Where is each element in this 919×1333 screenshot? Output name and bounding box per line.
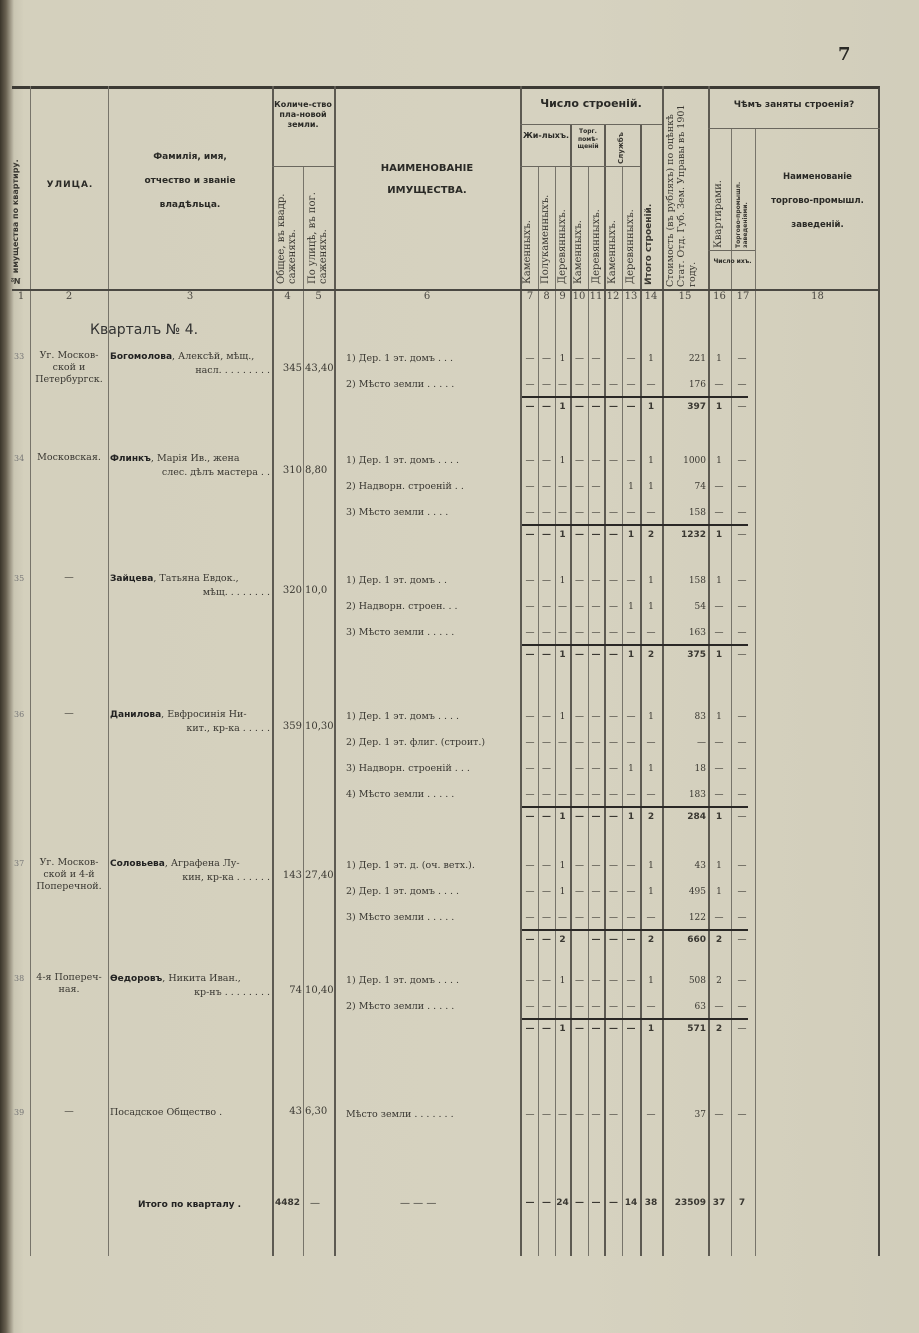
building-count-cell: — [571,1110,588,1120]
building-count-cell: — [555,628,570,638]
header-col13: Деревянныхъ. [625,174,636,284]
street-name: ской и 4-й [32,869,106,881]
owner-name: Өедоровъ, Никита Иван.,кр-нъ . . . . . .… [110,972,270,999]
quarter-total-cell: — [588,1198,604,1208]
building-count-cell: — [522,913,538,923]
trade-cell: — [731,576,753,586]
building-count-cell: — [571,887,588,897]
owner-surname: Богомолова [110,352,172,362]
building-count-cell: — [588,790,604,800]
building-count-cell: — [538,576,555,586]
building-count-cell: — [588,650,604,660]
total-area: 143 [272,870,302,881]
building-count-cell: 1 [622,812,640,822]
header-col14: Итого строеній. [644,145,655,285]
building-count-cell: — [588,861,604,871]
valuation-cell: 221 [662,354,706,364]
dwellings-cell: 1 [708,812,730,822]
valuation-cell: 1232 [662,530,706,540]
dwellings-cell: — [708,764,730,774]
building-count-cell: — [605,530,622,540]
building-count-cell: — [571,482,588,492]
building-count-cell: — [571,712,588,722]
building-count-cell: — [605,628,622,638]
building-count-cell: — [571,913,588,923]
col-divider [272,86,274,1256]
street-name: — [32,1106,106,1118]
quarter-total-value: 23509 [662,1198,706,1208]
owner-details: , Никита Иван., [162,973,241,984]
valuation-cell: 83 [662,712,706,722]
building-count-cell: — [522,456,538,466]
valuation-cell: 375 [662,650,706,660]
property-item: Мѣсто земли . . . . . . . [346,1108,454,1122]
quarter-total-property: — — — [400,1197,436,1211]
valuation-cell: 54 [662,602,706,612]
header-col15: Стоимость (въ рубляхъ) по оцѣнкѣ Стат. О… [665,92,707,287]
owner-line: слес. дѣлъ мастера . . [110,466,270,479]
building-count-cell: — [588,935,604,945]
building-count-cell: — [605,712,622,722]
building-count-cell: — [588,976,604,986]
building-count-cell: — [641,508,661,518]
trade-cell: — [731,976,753,986]
owner-name: Флинкъ, Марія Ив., женаслес. дѣлъ мастер… [110,452,270,479]
building-count-cell: — [571,764,588,774]
building-count-cell: — [622,576,640,586]
frontage: 43,40 [305,363,333,374]
building-count-cell: — [555,482,570,492]
property-item: 2) Мѣсто земли . . . . . [346,1000,454,1014]
trade-cell: — [731,602,753,612]
building-count-cell: 1 [555,976,570,986]
building-count-cell: — [605,812,622,822]
header-col10: Каменныхъ. [573,174,584,284]
building-count-cell: — [622,1002,640,1012]
building-count-cell: — [538,508,555,518]
property-item: 3) Мѣсто земли . . . . . [346,911,454,925]
building-count-cell: — [605,508,622,518]
quarter-total-cell: — [571,1198,588,1208]
trade-cell: — [731,402,753,412]
building-count-cell: — [522,650,538,660]
property-item: 3) Мѣсто земли . . . . . [346,626,454,640]
building-count-cell: — [571,576,588,586]
frontage: 10,40 [305,985,333,996]
valuation-cell: 571 [662,1024,706,1034]
property-item: 1) Дер. 1 эт. д. (оч. ветх.). [346,859,475,873]
building-count-cell: — [588,887,604,897]
header-divider [708,128,880,129]
building-count-cell: — [622,790,640,800]
quarter-total-trade: 7 [731,1198,753,1208]
dwellings-cell: — [708,1002,730,1012]
building-count-cell: 1 [641,602,661,612]
building-count-cell: 1 [622,764,640,774]
building-count-cell: — [588,508,604,518]
valuation-cell: 43 [662,861,706,871]
valuation-cell: 284 [662,812,706,822]
building-count-cell: — [522,402,538,412]
building-count-cell: — [538,887,555,897]
property-item: 1) Дер. 1 эт. домъ . . . . [346,454,459,468]
owner-line: мѣщ. . . . . . . . [110,586,270,599]
building-count-cell: — [588,712,604,722]
building-count-cell: — [588,1110,604,1120]
building-count-cell: 1 [555,861,570,871]
building-count-cell: — [588,380,604,390]
building-count-cell: 1 [641,482,661,492]
header-col18: Наименованіе торгово-промышл. заведеній. [757,165,878,237]
property-item: 2) Надворн. строен. . . [346,600,458,614]
subtotal-rule [522,396,748,398]
building-count-cell: — [605,1024,622,1034]
property-item: 1) Дер. 1 эт. домъ . . . . [346,974,459,988]
trade-cell: — [731,712,753,722]
valuation-cell: 1000 [662,456,706,466]
building-count-cell: — [571,812,588,822]
building-count-cell: — [555,1002,570,1012]
dwellings-cell: 1 [708,354,730,364]
quarter-total-cell: 24 [555,1198,570,1208]
property-item: 4) Мѣсто земли . . . . . [346,788,454,802]
dwellings-cell: — [708,913,730,923]
trade-cell: — [731,482,753,492]
street-name: ской и [32,362,106,374]
header-service-group: Службъ [616,128,627,164]
building-count-cell: — [571,456,588,466]
entry-number: 36 [14,708,24,722]
building-count-cell: — [641,738,661,748]
valuation-cell: 122 [662,913,706,923]
frontage: 27,40 [305,870,333,881]
owner-name: Данилова, Евфросинія Ни-кит., кр-ка . . … [110,708,270,735]
building-count-cell: — [555,508,570,518]
frontage: 10,30 [305,721,333,732]
header-land-group: Количе-ство пла-новой земли. [274,100,332,130]
building-count-cell: — [538,628,555,638]
building-count-cell: — [588,602,604,612]
building-count-cell: — [641,913,661,923]
property-item: 3) Надворн. строеній . . . [346,762,470,776]
street-name: Уг. Москов- [32,857,106,869]
header-count: Число ихъ. [710,258,755,266]
building-count-cell: — [538,354,555,364]
valuation-cell: 63 [662,1002,706,1012]
trade-cell: — [731,1024,753,1034]
owner-surname: Флинкъ [110,454,151,464]
valuation-cell: 163 [662,628,706,638]
owner-name: Зайцева, Татьяна Евдок.,мѣщ. . . . . . .… [110,572,270,599]
building-count-cell: — [622,976,640,986]
valuation-cell: 37 [662,1110,706,1120]
trade-cell: — [731,887,753,897]
street-name: 4-я Попереч- [32,972,106,984]
dwellings-cell: 2 [708,935,730,945]
building-count-cell: — [588,456,604,466]
owner-details: , Татьяна Евдок., [153,573,238,584]
subtotal-rule [522,806,748,808]
building-count-cell: — [622,456,640,466]
trade-cell: — [731,650,753,660]
building-count-cell: — [605,913,622,923]
building-count-cell: — [522,976,538,986]
dwellings-cell: 1 [708,712,730,722]
owner-line: кр-нъ . . . . . . . . [110,986,270,999]
owner-line: Зайцева, Татьяна Евдок., [110,572,270,586]
owner-line: насл. . . . . . . . . [110,364,270,377]
trade-cell: — [731,913,753,923]
building-count-cell: — [588,354,604,364]
building-count-cell: — [605,402,622,412]
building-count-cell: — [571,976,588,986]
building-count-cell: 1 [555,812,570,822]
total-area: 43 [272,1106,302,1117]
trade-cell: — [731,1110,753,1120]
quarter-total-cell: 14 [622,1198,640,1208]
property-item: 1) Дер. 1 эт. домъ . . . [346,352,453,366]
dwellings-cell: 1 [708,650,730,660]
owner-line: Өедоровъ, Никита Иван., [110,972,270,986]
col-divider [538,166,539,1256]
building-count-cell: — [622,887,640,897]
building-count-cell: 1 [641,576,661,586]
building-count-cell: 2 [641,530,661,540]
building-count-cell: 1 [555,576,570,586]
building-count-cell: 2 [641,650,661,660]
building-count-cell: — [538,456,555,466]
owner-name: Богомолова, Алексѣй, мѣщ.,насл. . . . . … [110,350,270,377]
valuation-cell: 508 [662,976,706,986]
building-count-cell: — [571,861,588,871]
building-count-cell: 1 [641,1024,661,1034]
building-count-cell: — [588,402,604,412]
valuation-cell: 158 [662,508,706,518]
building-count-cell: — [538,530,555,540]
quarter-total-dwellings: 37 [708,1198,730,1208]
owner-line: Флинкъ, Марія Ив., жена [110,452,270,466]
dwellings-cell: — [708,628,730,638]
building-count-cell: — [571,738,588,748]
dwellings-cell: 1 [708,576,730,586]
trade-cell: — [731,508,753,518]
building-count-cell: — [538,712,555,722]
trade-cell: — [731,764,753,774]
header-col8: Полукаменныхъ. [540,174,551,284]
building-count-cell: — [641,1002,661,1012]
building-count-cell: — [571,402,588,412]
building-count-cell: — [641,790,661,800]
building-count-cell: — [522,738,538,748]
building-count-cell: — [605,790,622,800]
building-count-cell: — [522,790,538,800]
trade-cell: — [731,628,753,638]
street-name: — [32,708,106,720]
header-owner: Фамилія, имя, отчество и званіе владѣльц… [110,145,270,217]
dwellings-cell: — [708,790,730,800]
dwellings-cell: 2 [708,976,730,986]
owner-line: Богомолова, Алексѣй, мѣщ., [110,350,270,364]
building-count-cell: 2 [641,935,661,945]
building-count-cell: — [588,1002,604,1012]
building-count-cell: — [605,602,622,612]
building-count-cell: — [605,650,622,660]
building-count-cell: — [538,402,555,412]
building-count-cell: — [555,380,570,390]
header-property-number: № имущества по квартиру. [10,100,24,285]
building-count-cell: — [605,935,622,945]
subtotal-rule [522,644,748,646]
building-count-cell: — [555,738,570,748]
trade-cell: — [731,861,753,871]
building-count-cell: 1 [622,650,640,660]
quarter-total-cell: — [538,1198,555,1208]
dwellings-cell: — [708,482,730,492]
entry-number: 39 [14,1106,24,1120]
building-count-cell: — [538,790,555,800]
valuation-cell: 495 [662,887,706,897]
building-count-cell: 1 [641,764,661,774]
valuation-cell: 176 [662,380,706,390]
building-count-cell: — [522,1002,538,1012]
owner-line: Соловьева, Аграфена Лу- [110,857,270,871]
quarter-total-area: 4482 [270,1198,300,1208]
col-divider [588,166,589,1256]
building-count-cell: — [538,1110,555,1120]
building-count-cell: — [571,650,588,660]
entry-number: 37 [14,857,24,871]
building-count-cell: — [522,354,538,364]
dwellings-cell: — [708,738,730,748]
building-count-cell: — [588,764,604,774]
building-count-cell: — [522,380,538,390]
col-divider [555,166,556,1256]
trade-cell: — [731,456,753,466]
property-item: 2) Мѣсто земли . . . . . [346,378,454,392]
building-count-cell: — [622,738,640,748]
building-count-cell: — [538,650,555,660]
header-total-area: Общее, въ квадр. саженяхъ. [276,172,298,284]
valuation-cell: 660 [662,935,706,945]
building-count-cell: — [522,530,538,540]
building-count-cell: — [571,354,588,364]
building-count-cell: — [622,380,640,390]
dwellings-cell: 1 [708,887,730,897]
property-item: 2) Дер. 1 эт. домъ . . . . [346,885,459,899]
building-count-cell: — [605,380,622,390]
dwellings-cell: — [708,508,730,518]
dwellings-cell: — [708,1110,730,1120]
building-count-cell: — [538,602,555,612]
quarter-total-cell: 38 [641,1198,661,1208]
building-count-cell: — [538,861,555,871]
building-count-cell: 1 [555,354,570,364]
building-count-cell: 1 [622,530,640,540]
header-occupied-group: Чѣмъ заняты строенія? [710,100,878,111]
building-count-cell: — [588,812,604,822]
col-divider [662,86,664,1256]
header-divider [520,166,640,167]
building-count-cell: — [588,576,604,586]
building-count-cell: 1 [555,456,570,466]
owner-surname: Данилова [110,710,161,720]
quarter-total-label: Итого по кварталу . [138,1198,241,1212]
building-count-cell: — [622,913,640,923]
header-divider [520,124,662,125]
building-count-cell: — [571,530,588,540]
building-count-cell: — [605,764,622,774]
building-count-cell: — [538,976,555,986]
property-item: 1) Дер. 1 эт. домъ . . . . [346,710,459,724]
building-count-cell: — [522,482,538,492]
building-count-cell: 1 [641,887,661,897]
dwellings-cell: 1 [708,456,730,466]
building-count-cell: 1 [555,650,570,660]
building-count-cell: 1 [555,1024,570,1034]
subtotal-rule [522,1018,748,1020]
street-name: Поперечной. [32,881,106,893]
building-count-cell: 1 [641,976,661,986]
building-count-cell: — [641,380,661,390]
building-count-cell: — [538,764,555,774]
building-count-cell: — [522,764,538,774]
building-count-cell: — [605,861,622,871]
building-count-cell: — [522,508,538,518]
total-area: 74 [272,985,302,996]
street-name: ная. [32,984,106,996]
trade-cell: — [731,354,753,364]
building-count-cell: — [571,602,588,612]
subtotal-rule [522,524,748,526]
total-area: 359 [272,721,302,732]
building-count-cell: — [605,456,622,466]
document-page: 7 № имущества по квартиру. УЛИЦА. Фамилі… [0,0,919,1333]
building-count-cell: — [588,1024,604,1034]
header-trade-group: Торг. помѣ-щеній [572,128,604,151]
entry-number: 35 [14,572,24,586]
col-divider [108,86,109,1256]
building-count-cell: 1 [555,530,570,540]
owner-line: кин, кр-ка . . . . . . [110,871,270,884]
building-count-cell: — [555,602,570,612]
entry-number: 38 [14,972,24,986]
building-count-cell: — [522,712,538,722]
building-count-cell: 1 [641,456,661,466]
building-count-cell: 2 [555,935,570,945]
building-count-cell: 1 [622,482,640,492]
owner-name: Посадское Общество . [110,1106,270,1119]
dwellings-cell: 1 [708,402,730,412]
street-name: Московская. [32,452,106,464]
valuation-cell: 74 [662,482,706,492]
building-count-cell: — [538,935,555,945]
building-count-cell: — [538,482,555,492]
subtotal-rule [522,929,748,931]
building-count-cell: — [571,1024,588,1034]
trade-cell: — [731,738,753,748]
building-count-cell: — [522,935,538,945]
building-count-cell: 1 [622,602,640,612]
building-count-cell: 1 [641,354,661,364]
page-number: 7 [838,44,851,65]
building-count-cell: — [522,576,538,586]
owner-surname: Өедоровъ [110,974,162,984]
building-count-cell: — [641,1110,661,1120]
header-street: УЛИЦА. [40,180,100,191]
building-count-cell: 1 [555,712,570,722]
building-count-cell: — [571,1002,588,1012]
property-item: 3) Мѣсто земли . . . . [346,506,448,520]
